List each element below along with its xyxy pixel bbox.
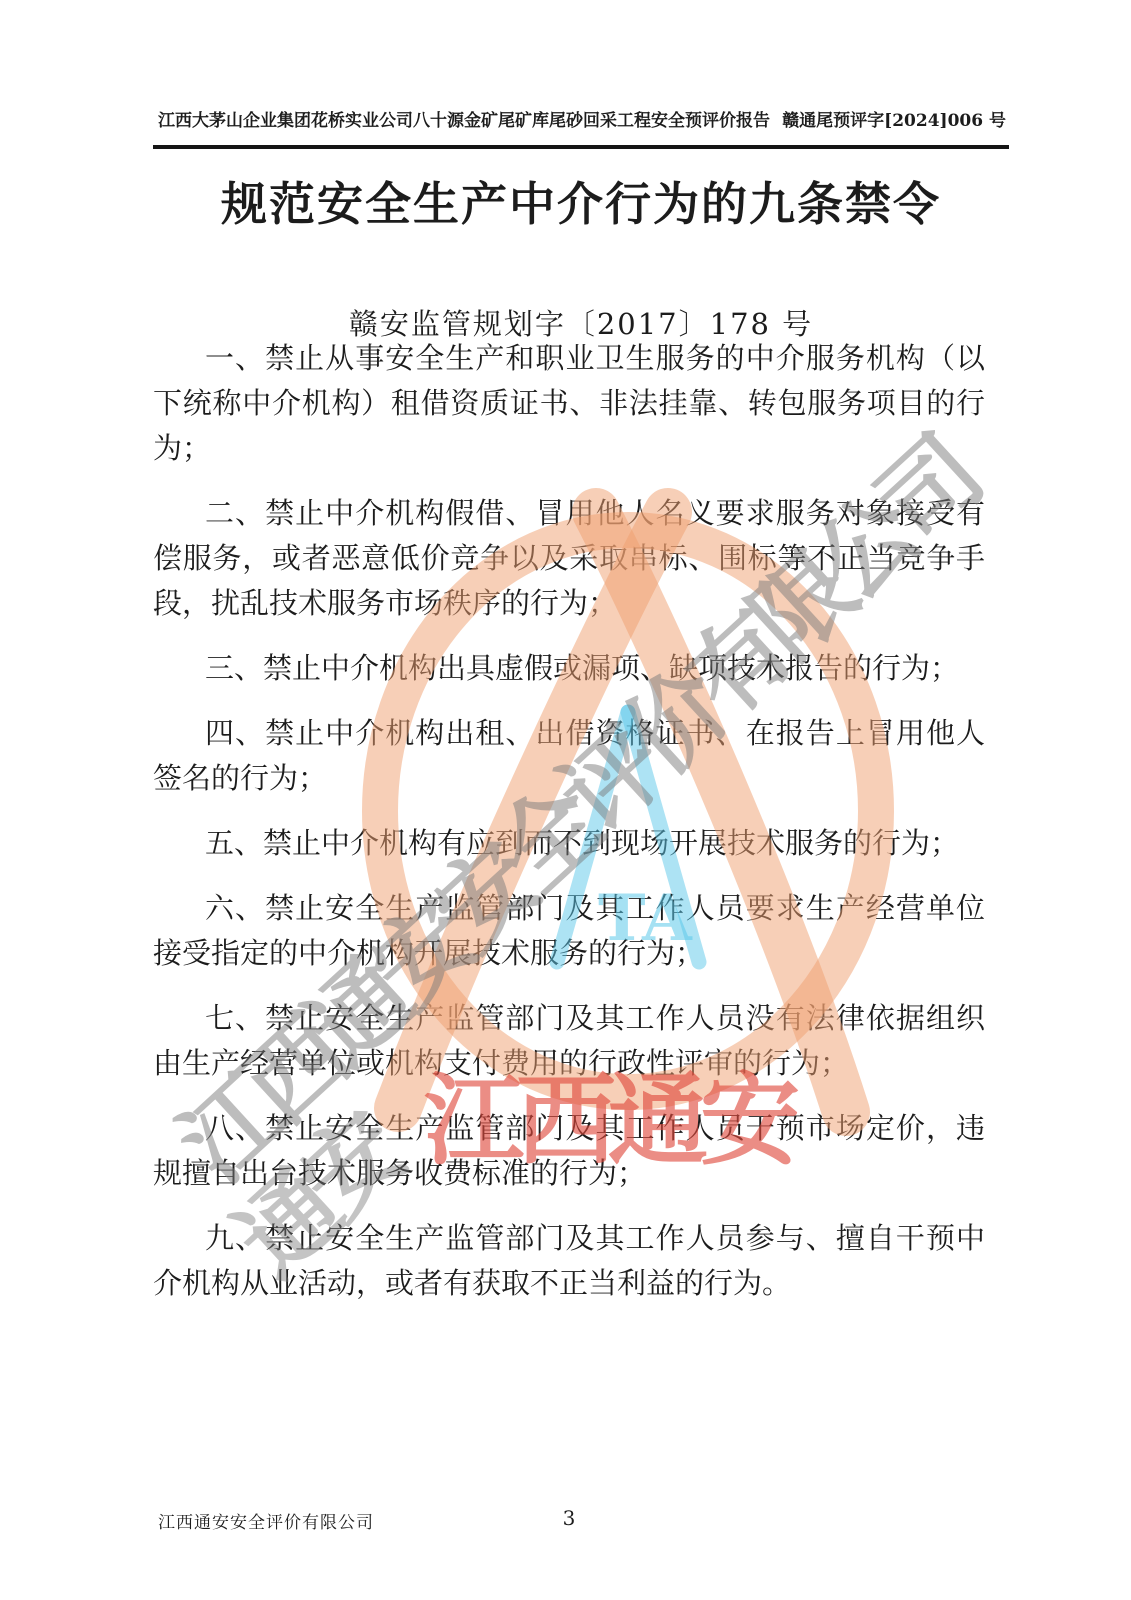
document-content: 江西大茅山企业集团花桥实业公司八十源金矿尾矿库尾砂回采工程安全预评价报告 赣通尾… bbox=[0, 0, 1131, 1600]
paragraph-7: 七、禁止安全生产监管部门及其工作人员没有法律依据组织由生产经营单位或机构支付费用… bbox=[153, 996, 985, 1086]
paragraph-5: 五、禁止中介机构有应到而不到现场开展技术服务的行为； bbox=[153, 821, 985, 866]
page-header: 江西大茅山企业集团花桥实业公司八十源金矿尾矿库尾砂回采工程安全预评价报告 赣通尾… bbox=[158, 106, 1006, 131]
header-report-title: 江西大茅山企业集团花桥实业公司八十源金矿尾矿库尾砂回采工程安全预评价报告 bbox=[158, 106, 770, 131]
paragraph-1: 一、禁止从事安全生产和职业卫生服务的中介服务机构（以下统称中介机构）租借资质证书… bbox=[153, 336, 985, 471]
paragraph-6: 六、禁止安全生产监管部门及其工作人员要求生产经营单位接受指定的中介机构开展技术服… bbox=[153, 886, 985, 976]
document-body: 一、禁止从事安全生产和职业卫生服务的中介服务机构（以下统称中介机构）租借资质证书… bbox=[153, 336, 985, 1326]
footer-page-number: 3 bbox=[153, 1506, 985, 1530]
paragraph-4: 四、禁止中介机构出租、出借资格证书、在报告上冒用他人签名的行为； bbox=[153, 711, 985, 801]
page-title: 规范安全生产中介行为的九条禁令 bbox=[153, 168, 1009, 234]
paragraph-9: 九、禁止安全生产监管部门及其工作人员参与、擅自干预中介机构从业活动，或者有获取不… bbox=[153, 1216, 985, 1306]
paragraph-3: 三、禁止中介机构出具虚假或漏项、缺项技术报告的行为； bbox=[153, 646, 985, 691]
header-divider bbox=[153, 145, 1009, 149]
header-document-number: 赣通尾预评字[2024]006 号 bbox=[782, 106, 1006, 131]
paragraph-2: 二、禁止中介机构假借、冒用他人名义要求服务对象接受有偿服务，或者恶意低价竞争以及… bbox=[153, 491, 985, 626]
paragraph-8: 八、禁止安全生产监管部门及其工作人员干预市场定价，违规擅自出台技术服务收费标准的… bbox=[153, 1106, 985, 1196]
document-page: { "page": { "header": { "left": "江西大茅山企业… bbox=[0, 0, 1131, 1600]
